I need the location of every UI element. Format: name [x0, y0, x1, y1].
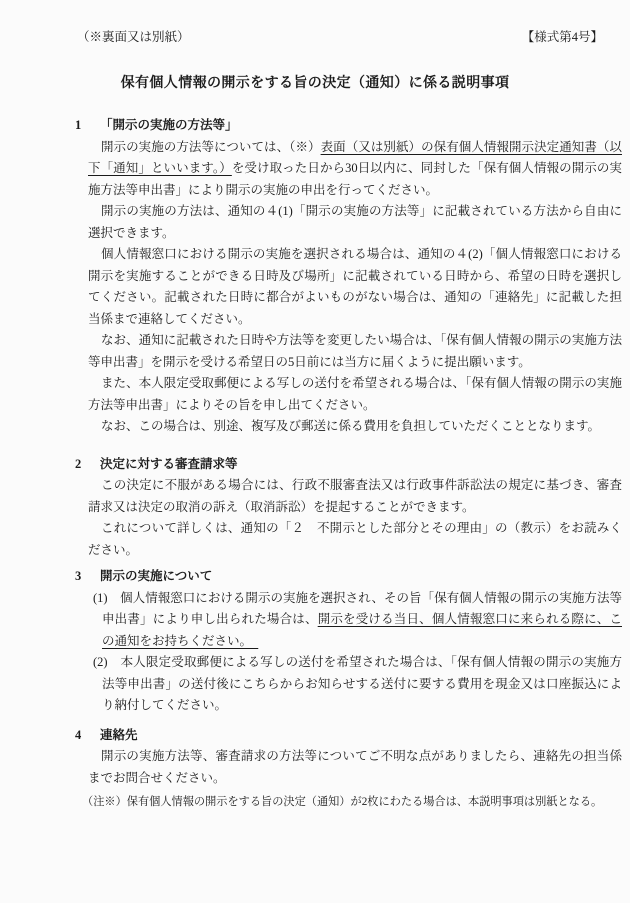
- item-label: (2): [93, 655, 120, 669]
- section-number: 4: [75, 725, 100, 747]
- text-run: これについて詳しくは、通知の「２ 不開示とした部分とその理由」の（教示）をお読み…: [88, 521, 622, 557]
- list-item: (2) 本人限定受取郵便による写しの送付を希望された場合は、「保有個人情報の開示…: [75, 652, 622, 717]
- section-heading: 2決定に対する審査請求等: [75, 454, 622, 476]
- footnote: （注※）保有個人情報の開示をする旨の決定（通知）が2枚にわたる場合は、本説明事項…: [75, 793, 622, 811]
- header-note-left: （※裏面又は別紙）: [77, 30, 190, 45]
- form-number-label: 【様式第4号】: [522, 30, 603, 45]
- text-run: この決定に不服がある場合には、行政不服審査法又は行政事件訴訟法の規定に基づき、審…: [88, 478, 622, 514]
- section-heading: 1「開示の実施の方法等」: [75, 115, 622, 137]
- section-heading: 4連絡先: [75, 725, 622, 747]
- section-number: 3: [75, 566, 100, 588]
- paragraph: 開示の実施の方法等については、（※）表面（又は別紙）の保有個人情報開示決定通知書…: [75, 137, 622, 202]
- section-title: 「開示の実施の方法等」: [100, 118, 238, 132]
- section-title: 連絡先: [100, 728, 138, 742]
- text-run: 個人情報窓口における開示の実施を選択される場合は、通知の４(2)「個人情報窓口に…: [88, 247, 622, 326]
- paragraph: また、本人限定受取郵便による写しの送付を希望される場合は、「保有個人情報の開示の…: [75, 373, 622, 416]
- text-run: 開示の実施方法等、審査請求の方法等についてご不明な点がありましたら、連絡先の担当…: [88, 749, 622, 785]
- paragraph: 開示の実施方法等、審査請求の方法等についてご不明な点がありましたら、連絡先の担当…: [75, 746, 622, 789]
- document-content: 1「開示の実施の方法等」開示の実施の方法等については、（※）表面（又は別紙）の保…: [0, 115, 630, 811]
- document-title: 保有個人情報の開示をする旨の決定（通知）に係る説明事項: [0, 72, 630, 92]
- section-2: 2決定に対する審査請求等この決定に不服がある場合には、行政不服審査法又は行政事件…: [75, 454, 622, 562]
- section-1: 1「開示の実施の方法等」開示の実施の方法等については、（※）表面（又は別紙）の保…: [75, 115, 622, 438]
- text-run: なお、この場合は、別途、複写及び郵送に係る費用を負担していただくこととなります。: [101, 419, 600, 433]
- paragraph: この決定に不服がある場合には、行政不服審査法又は行政事件訴訟法の規定に基づき、審…: [75, 475, 622, 518]
- section-title: 決定に対する審査請求等: [100, 457, 238, 471]
- paragraph: なお、この場合は、別途、複写及び郵送に係る費用を負担していただくこととなります。: [75, 416, 622, 438]
- section-3: 3開示の実施について(1) 個人情報窓口における開示の実施を選択され、その旨「保…: [75, 566, 622, 717]
- text-run: なお、通知に記載された日時や方法等を変更したい場合は、「保有個人情報の開示の実施…: [88, 333, 622, 369]
- document-sections: 1「開示の実施の方法等」開示の実施の方法等については、（※）表面（又は別紙）の保…: [75, 115, 622, 789]
- text-run: 本人限定受取郵便による写しの送付を希望された場合は、「保有個人情報の開示の実施方…: [102, 655, 622, 712]
- item-label: (1): [93, 591, 120, 605]
- document-header: （※裏面又は別紙） 【様式第4号】: [0, 0, 630, 45]
- section-number: 1: [75, 115, 100, 137]
- document-page: （※裏面又は別紙） 【様式第4号】 保有個人情報の開示をする旨の決定（通知）に係…: [0, 0, 630, 903]
- section-title: 開示の実施について: [100, 569, 212, 583]
- paragraph: これについて詳しくは、通知の「２ 不開示とした部分とその理由」の（教示）をお読み…: [75, 518, 622, 561]
- section-heading: 3開示の実施について: [75, 566, 622, 588]
- paragraph: なお、通知に記載された日時や方法等を変更したい場合は、「保有個人情報の開示の実施…: [75, 330, 622, 373]
- paragraph: 個人情報窓口における開示の実施を選択される場合は、通知の４(2)「個人情報窓口に…: [75, 244, 622, 330]
- text-run: また、本人限定受取郵便による写しの送付を希望される場合は、「保有個人情報の開示の…: [88, 376, 622, 412]
- section-number: 2: [75, 454, 100, 476]
- text-run: 開示の実施の方法は、通知の４(1)「開示の実施の方法等」に記載されている方法から…: [88, 204, 622, 240]
- text-run: 開示の実施の方法等については、（※）: [101, 140, 321, 154]
- section-4: 4連絡先開示の実施方法等、審査請求の方法等についてご不明な点がありましたら、連絡…: [75, 725, 622, 790]
- list-item: (1) 個人情報窓口における開示の実施を選択され、その旨「保有個人情報の開示の実…: [75, 588, 622, 653]
- paragraph: 開示の実施の方法は、通知の４(1)「開示の実施の方法等」に記載されている方法から…: [75, 201, 622, 244]
